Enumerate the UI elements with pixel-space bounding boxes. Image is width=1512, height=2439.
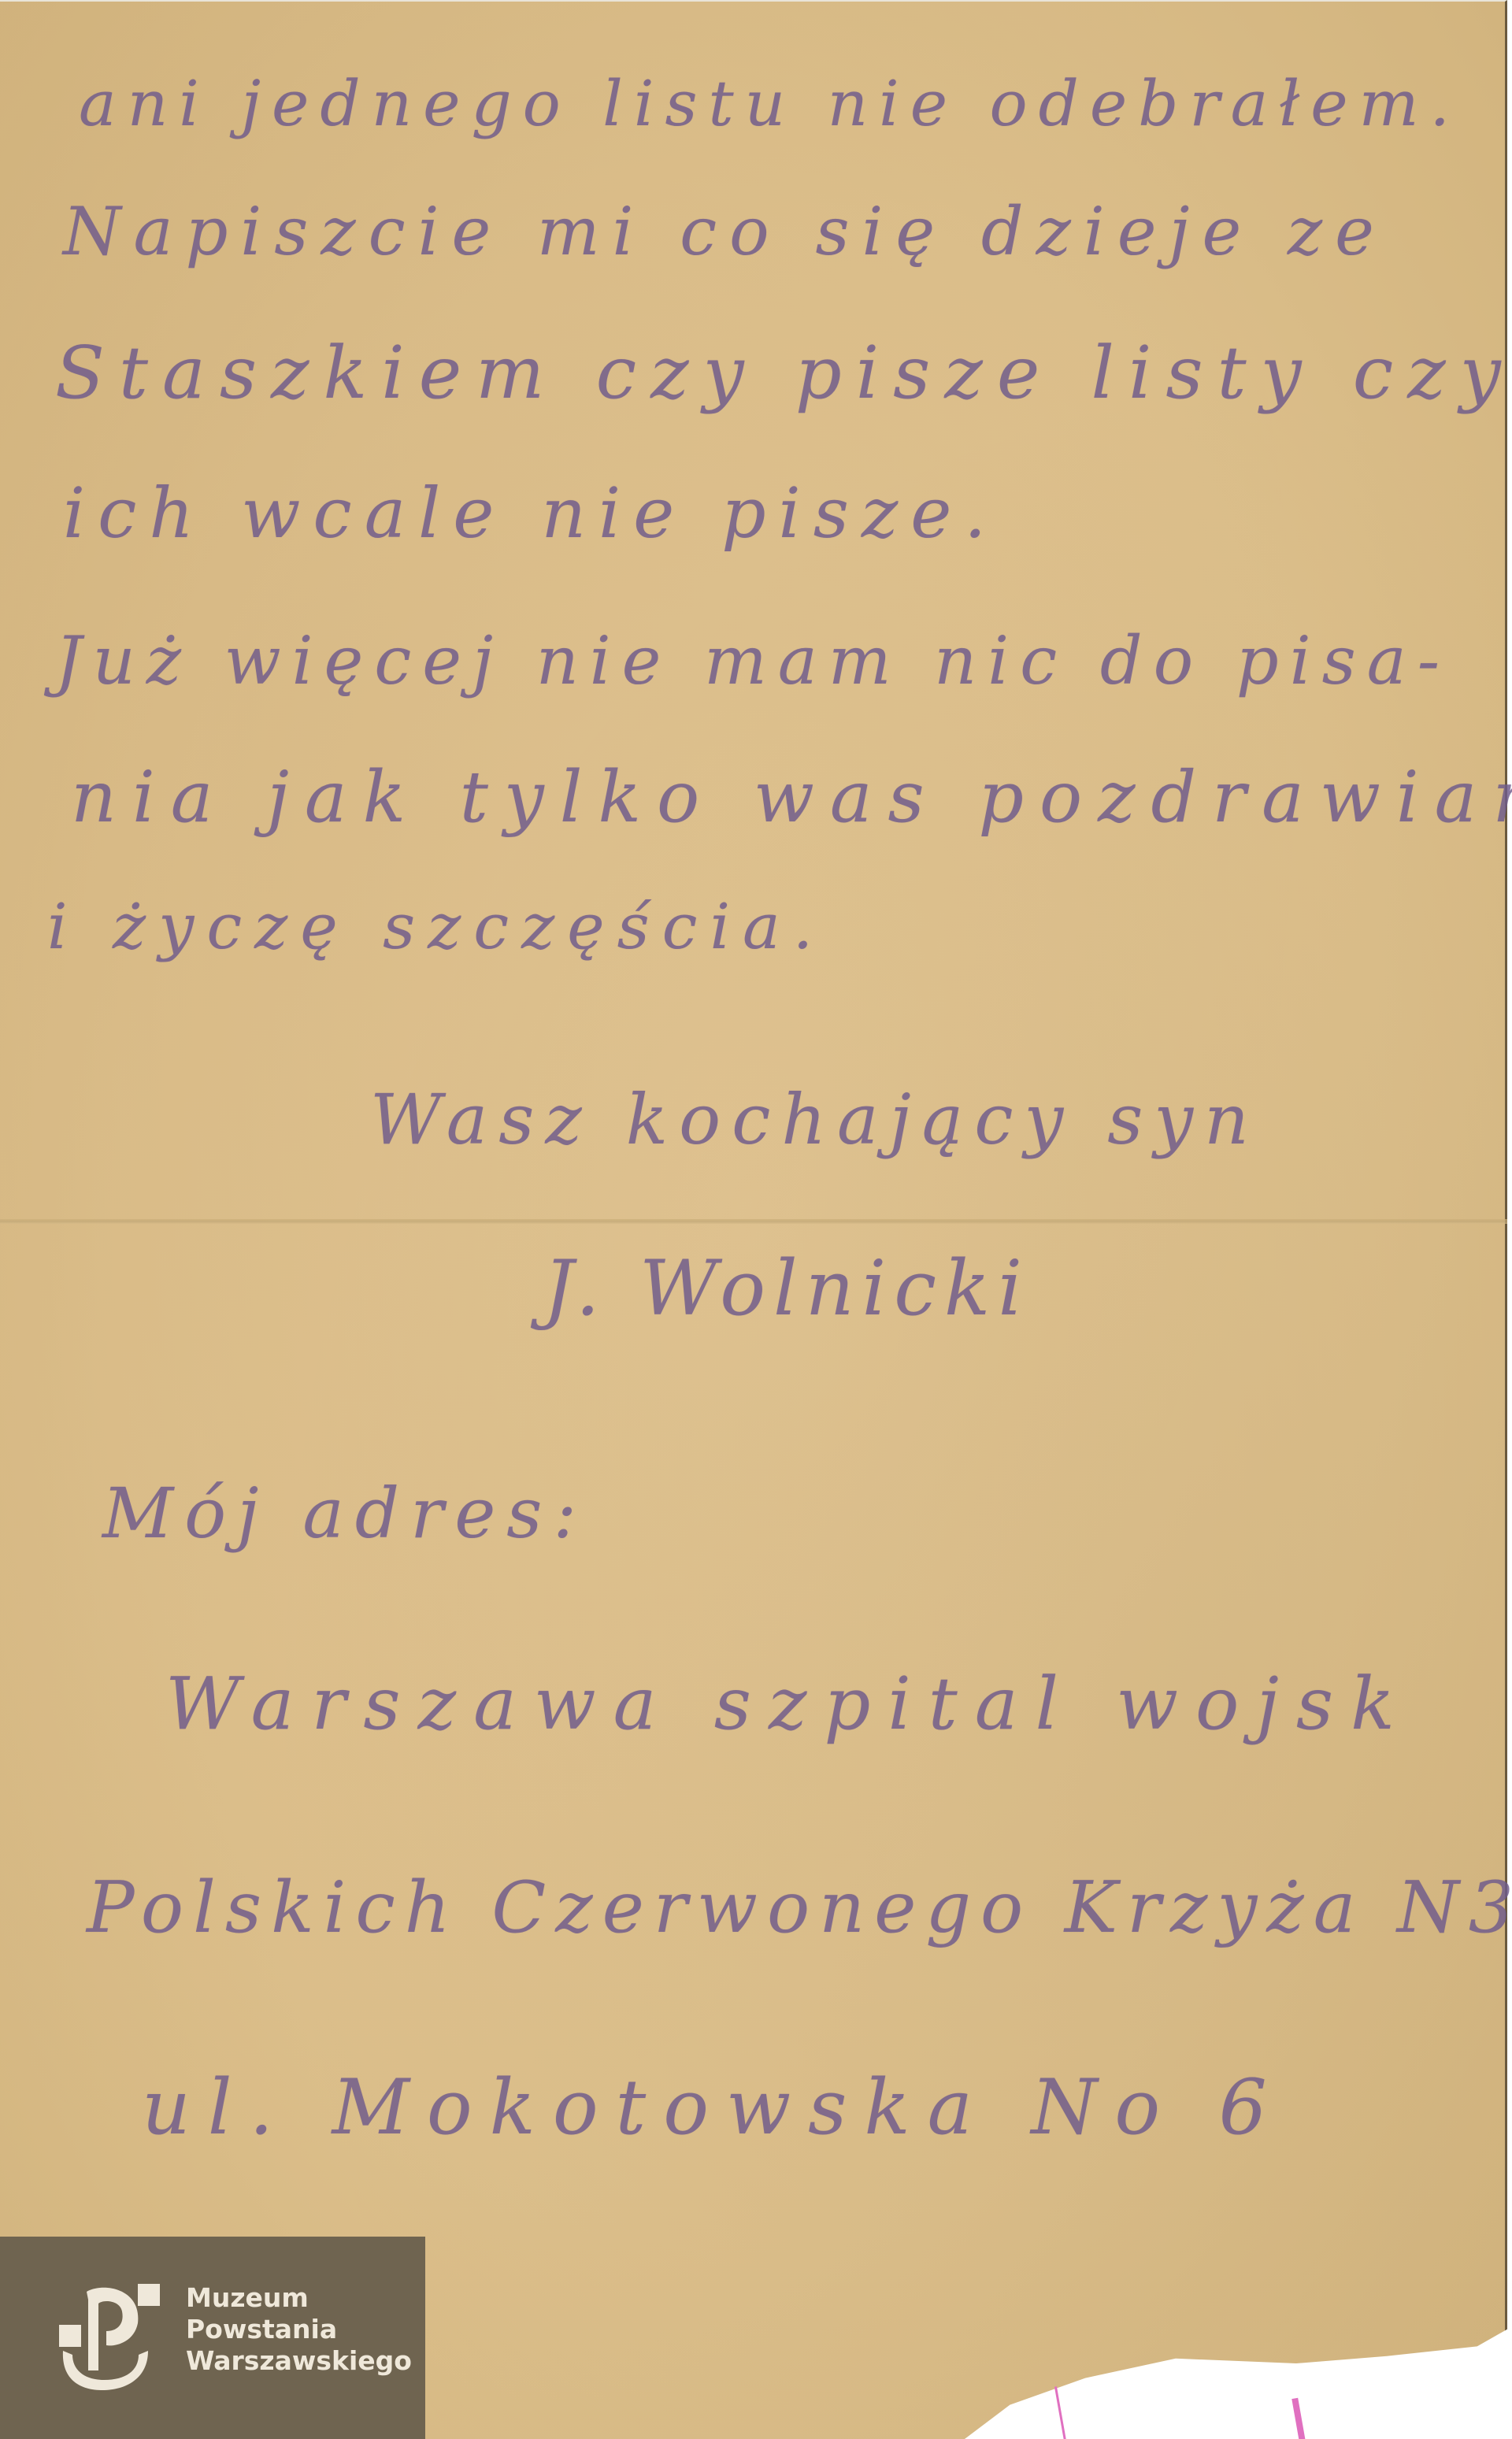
letter-line-1: ani jednego listu nie odebrałem. (79, 67, 1461, 140)
letter-line-5: Już więcej nie mam nic do pisa- (55, 622, 1451, 699)
letter-closing: Wasz kochający syn (370, 1079, 1260, 1160)
address-line-3: ul. Mokotowska No 6 (142, 2063, 1284, 2152)
museum-watermark: Muzeum Powstania Warszawskiego (0, 2237, 425, 2439)
pink-mark (1291, 2398, 1305, 2439)
address-label: Mój adres: (102, 1473, 587, 1554)
kotwica-anchor-icon (55, 2276, 165, 2394)
letter-signature: J. Wolnicki (543, 1244, 1030, 1333)
letter-line-7: i życzę szczęścia. (47, 890, 825, 963)
letter-line-2: Napiszcie mi co się dzieje ze (63, 193, 1387, 270)
address-line-2: Polskich Czerwonego Krzyża N3 (87, 1866, 1512, 1949)
letter-line-4: ich wcale nie pisze. (63, 473, 999, 554)
letter-line-6: nia jak tylko was pozdrawiam (71, 756, 1512, 839)
museum-name-line-2: Powstania (186, 2314, 412, 2345)
museum-name: Muzeum Powstania Warszawskiego (186, 2282, 412, 2377)
letter-line-3: Staszkiem czy pisze listy czy (55, 331, 1512, 415)
museum-name-line-1: Muzeum (186, 2282, 412, 2314)
address-line-1: Warszawa szpital wojsk (165, 1662, 1412, 1746)
paper-fold-line (0, 1219, 1507, 1224)
pink-mark (1054, 2386, 1066, 2439)
museum-name-line-3: Warszawskiego (186, 2345, 412, 2377)
